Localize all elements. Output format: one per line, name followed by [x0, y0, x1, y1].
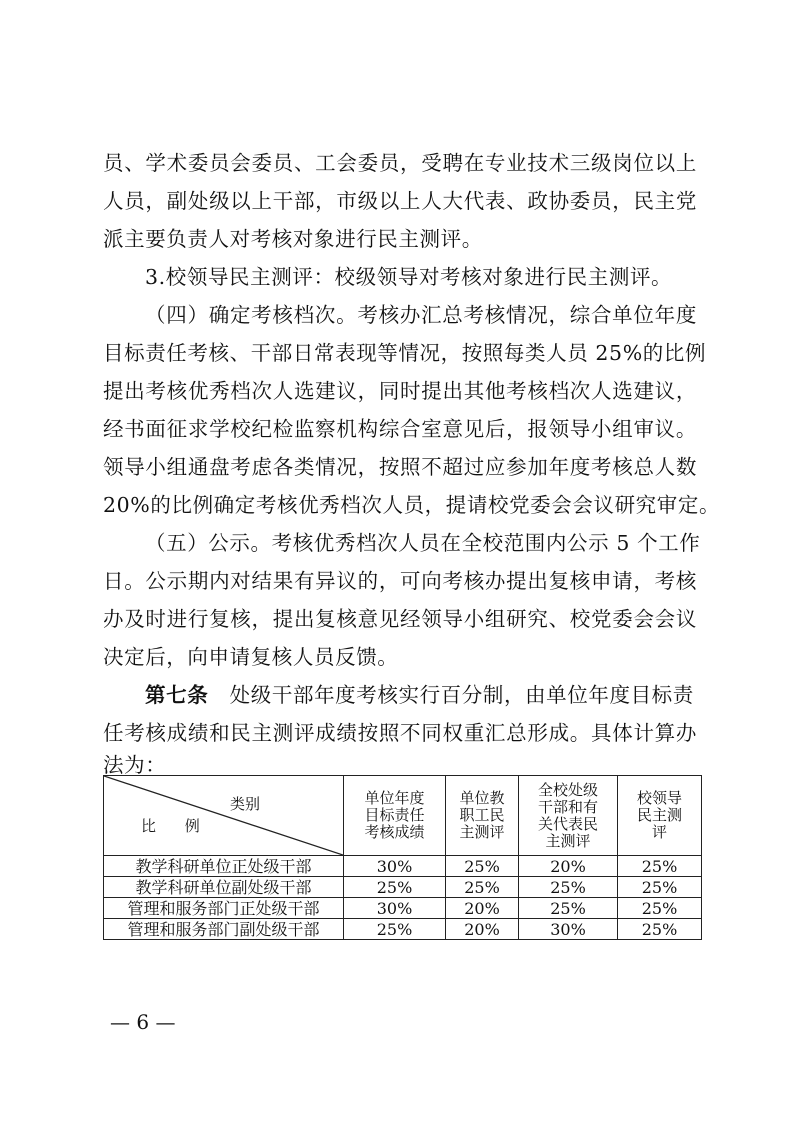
- column-header: 单位年度 目标责任 考核成绩: [344, 776, 446, 856]
- header-line: 职工民: [446, 807, 518, 824]
- paragraph-line: 经书面征求学校纪检监察机构综合室意见后，报领导小组审议。: [103, 416, 697, 442]
- header-line: 单位年度: [344, 790, 445, 807]
- paragraph-line: 提出考核优秀档次人选建议，同时提出其他考核档次人选建议，: [103, 378, 697, 404]
- article-number: 第七条: [145, 683, 208, 707]
- header-line: 主测评: [446, 824, 518, 841]
- paragraph-line: 日。公示期内对结果有异议的，可向考核办提出复核申请，考核: [103, 568, 697, 594]
- article-heading-line: 第七条 处级干部年度考核实行百分制，由单位年度目标责: [145, 682, 697, 708]
- header-line: 目标责任: [344, 807, 445, 824]
- table-cell: 25%: [344, 919, 446, 940]
- diagonal-header-cell: 类别 比 例: [104, 776, 344, 856]
- table-cell: 20%: [519, 856, 618, 877]
- header-line: 考核成绩: [344, 824, 445, 841]
- paragraph-line: 派主要负责人对考核对象进行民主测评。: [103, 226, 697, 252]
- paragraph-line: （四）确定考核档次。考核办汇总考核情况，综合单位年度: [145, 302, 697, 328]
- paragraph-line: 决定后，向申请复核人员反馈。: [103, 644, 697, 670]
- article-text: 处级干部年度考核实行百分制，由单位年度目标责: [230, 683, 694, 707]
- weight-table: 类别 比 例 单位年度 目标责任 考核成绩 单位教 职工民 主测评 全校处级 干…: [103, 775, 702, 940]
- column-header: 全校处级 干部和有 关代表民 主测评: [519, 776, 618, 856]
- page-number: — 6 —: [110, 1010, 175, 1034]
- paragraph-line: 办及时进行复核，提出复核意见经领导小组研究、校党委会会议: [103, 606, 697, 632]
- header-line: 干部和有: [519, 799, 617, 816]
- header-line: 评: [618, 824, 701, 841]
- row-label: 教学科研单位副处级干部: [104, 877, 344, 898]
- table-cell: 30%: [344, 856, 446, 877]
- table-header-row: 类别 比 例 单位年度 目标责任 考核成绩 单位教 职工民 主测评 全校处级 干…: [104, 776, 702, 856]
- column-header: 校领导 民主测 评: [618, 776, 702, 856]
- table-cell: 25%: [618, 898, 702, 919]
- table-cell: 25%: [446, 877, 519, 898]
- header-line: 主测评: [519, 833, 617, 850]
- paragraph-line: 3.校领导民主测评：校级领导对考核对象进行民主测评。: [145, 264, 697, 290]
- table-cell: 25%: [618, 877, 702, 898]
- header-line: 全校处级: [519, 782, 617, 799]
- table-cell: 25%: [618, 856, 702, 877]
- row-label: 教学科研单位正处级干部: [104, 856, 344, 877]
- diagonal-line: [104, 776, 343, 855]
- paragraph-line: 目标责任考核、干部日常表现等情况，按照每类人员 25%的比例: [103, 340, 697, 366]
- table-row: 管理和服务部门副处级干部 25% 20% 30% 25%: [104, 919, 702, 940]
- header-line: 单位教: [446, 790, 518, 807]
- table-row: 教学科研单位副处级干部 25% 25% 25% 25%: [104, 877, 702, 898]
- paragraph-line: 20%的比例确定考核优秀档次人员，提请校党委会会议研究审定。: [103, 492, 697, 518]
- table-cell: 20%: [446, 898, 519, 919]
- category-label: 类别: [230, 796, 260, 813]
- ratio-label: 比 例: [141, 818, 212, 835]
- paragraph-line: 人员，副处级以上干部，市级以上人大代表、政协委员，民主党: [103, 188, 697, 214]
- table-cell: 25%: [446, 856, 519, 877]
- header-line: 民主测: [618, 807, 701, 824]
- paragraph-line: （五）公示。考核优秀档次人员在全校范围内公示 5 个工作: [145, 530, 697, 556]
- paragraph-line: 员、学术委员会委员、工会委员，受聘在专业技术三级岗位以上: [103, 150, 697, 176]
- column-header: 单位教 职工民 主测评: [446, 776, 519, 856]
- row-label: 管理和服务部门正处级干部: [104, 898, 344, 919]
- table-cell: 25%: [344, 877, 446, 898]
- paragraph-line: 领导小组通盘考虑各类情况，按照不超过应参加年度考核总人数: [103, 454, 697, 480]
- table-row: 管理和服务部门正处级干部 30% 20% 25% 25%: [104, 898, 702, 919]
- table-cell: 25%: [618, 919, 702, 940]
- header-line: 关代表民: [519, 816, 617, 833]
- table-cell: 30%: [519, 919, 618, 940]
- table-cell: 30%: [344, 898, 446, 919]
- row-label: 管理和服务部门副处级干部: [104, 919, 344, 940]
- header-line: 校领导: [618, 790, 701, 807]
- paragraph-line: 任考核成绩和民主测评成绩按照不同权重汇总形成。具体计算办: [103, 720, 697, 746]
- table-row: 教学科研单位正处级干部 30% 25% 20% 25%: [104, 856, 702, 877]
- table-cell: 20%: [446, 919, 519, 940]
- table-cell: 25%: [519, 877, 618, 898]
- table-cell: 25%: [519, 898, 618, 919]
